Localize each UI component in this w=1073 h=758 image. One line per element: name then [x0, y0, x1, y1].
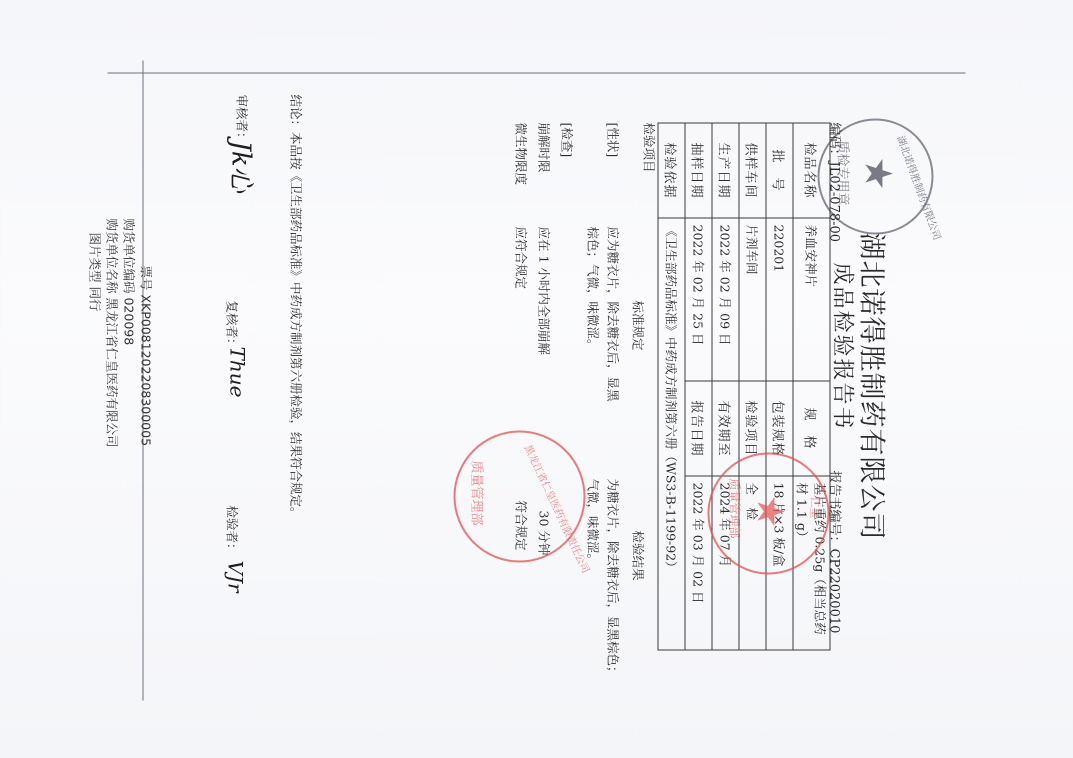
appearance-result-1: 为糖衣片，除去糖衣后，显黑棕色； — [604, 478, 622, 678]
info-label1: 抽样日期 — [685, 123, 712, 218]
reviewer-label: 审核者： — [233, 94, 251, 144]
info-row: 生产日期2022 年 02 月 09 日有效期至2024 年 07 月 — [712, 123, 739, 650]
basis-row: 检验依据《卫生部药品标准》中药成方制剂第六册（WS3-B-1199-92） — [658, 123, 685, 650]
conclusion-text: 结论：本品按《卫生部药品标准》中药成方制剂第六册检验，结果符合规定。 — [287, 94, 305, 519]
info-row: 检品名称养血安神片规 格基片重约 0.25g（相当总药材 1.1 g） — [793, 123, 830, 650]
info-label1: 检品名称 — [793, 123, 830, 218]
scan-edge-line-top — [107, 72, 965, 73]
scan-background: ★ 湖北诺得胜制药有限公司 质检专用章 湖北诺得胜制药有限公司 成品检验报告书 … — [0, 0, 1073, 758]
reviewer-signature: Jk心 — [224, 140, 261, 192]
qa-stamp-inner-text: 质量管理部 — [468, 460, 487, 525]
info-value1: 220201 — [766, 218, 793, 381]
disintegration-name: 崩解时限 — [535, 122, 553, 172]
qa-red-stamp: 黑龙江省仁皇医药有限责任公司 质量管理部 — [453, 430, 585, 562]
checker-label: 复核者： — [223, 300, 241, 350]
qa-stamp-outer-text: 黑龙江省仁皇医药有限责任公司 — [521, 441, 594, 574]
red-stamp-inner-text: 质量管理部 — [726, 478, 743, 538]
info-label1: 供样车间 — [739, 123, 766, 218]
info-label1: 批 号 — [766, 123, 793, 218]
buyer-code: 购货单位编码 020098 — [120, 218, 138, 345]
disintegration-standard: 应在 1 小时内全部崩解 — [535, 226, 553, 354]
appearance-standard-2: 棕色；气微，味微涩。 — [584, 226, 602, 351]
microbial-name: 微生物限度 — [512, 122, 530, 185]
buyer-name: 购货单位名称 黑龙江省仁皇医药有限公司 — [103, 218, 121, 447]
image-type: 图片类型 同行 — [86, 232, 104, 311]
ticket-number: 票号 XKP0081202208300005 — [137, 265, 155, 446]
info-value1: 片剂车间 — [739, 218, 766, 381]
basis-label: 检验依据 — [658, 123, 685, 218]
checker-signature: Thue — [225, 346, 249, 397]
info-label1: 生产日期 — [712, 123, 739, 218]
info-value1: 2022 年 02 月 09 日 — [712, 218, 739, 381]
info-label2: 报告日期 — [685, 381, 712, 476]
product-info-table: 检品名称养血安神片规 格基片重约 0.25g（相当总药材 1.1 g）批 号22… — [657, 122, 830, 650]
col-inspection-item: 检验项目 — [640, 122, 658, 172]
section-tests: [检查] — [558, 122, 576, 157]
inspection-report-page: ★ 湖北诺得胜制药有限公司 质检专用章 湖北诺得胜制药有限公司 成品检验报告书 … — [0, 0, 1073, 758]
stamp-outer-text: 湖北诺得胜制药有限公司 — [894, 133, 946, 241]
company-name: 湖北诺得胜制药有限公司 — [854, 232, 893, 540]
red-stamp-star-icon: ★ — [751, 494, 789, 528]
inspector-signature: VJr — [223, 560, 247, 592]
appearance-standard-1: 应为糖衣片，除去糖衣后，显黑 — [604, 226, 622, 401]
section-appearance: [性状] — [604, 122, 622, 157]
report-title: 成品检验报告书 — [828, 262, 859, 430]
col-standard: 标准规定 — [629, 300, 647, 350]
info-value1: 2022 年 02 月 25 日 — [685, 218, 712, 381]
info-value2: 2022 年 03 月 02 日 — [685, 476, 712, 650]
info-row: 抽样日期2022 年 02 月 25 日报告日期2022 年 03 月 02 日 — [685, 123, 712, 650]
inspector-label: 检验者： — [223, 505, 241, 555]
red-stamp-top-text: 仁皇 — [807, 496, 823, 518]
microbial-standard: 应符合规定 — [512, 226, 530, 289]
info-value1: 养血安神片 — [793, 218, 830, 381]
col-result: 检验结果 — [629, 530, 647, 580]
stamp-star-icon: ★ — [859, 156, 897, 190]
report-red-stamp: ★ 仁皇 质量管理部 — [707, 452, 829, 574]
basis-value: 《卫生部药品标准》中药成方制剂第六册（WS3-B-1199-92） — [658, 218, 685, 650]
